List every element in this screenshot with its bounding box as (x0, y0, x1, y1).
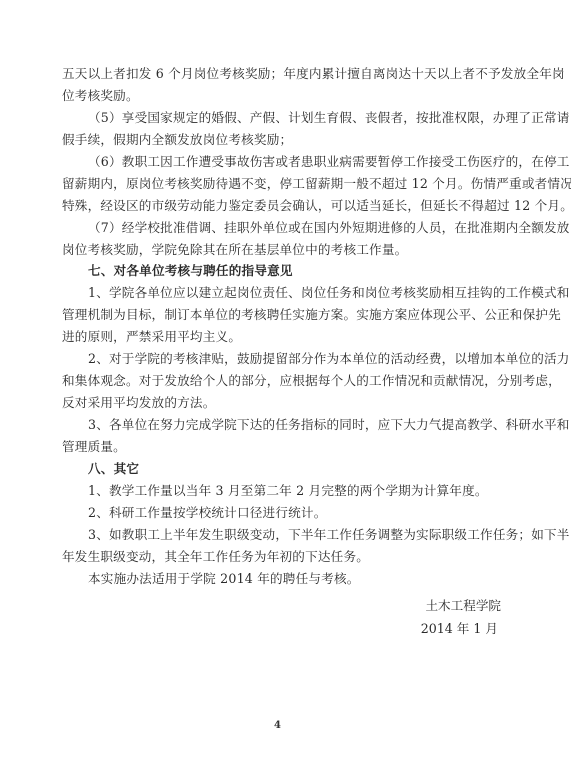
section-heading: 八、其它 (62, 458, 502, 480)
text-line: 进的原则，严禁采用平均主义。 (62, 326, 502, 348)
text-line: 3、如教职工上半年发生职级变动，下半年工作任务调整为实际职级工作任务；如下半 (62, 524, 502, 546)
text-line: 管理机制为目标，制订本单位的考核聘任实施方案。实施方案应体现公平、公正和保护先 (62, 304, 502, 326)
text-line: 年发生职级变动，其全年工作任务为年初的下达任务。 (62, 546, 502, 568)
text-line: 特殊，经设区的市级劳动能力鉴定委员会确认，可以适当延长，但延长不得超过 12 个… (62, 195, 502, 217)
page-number: 4 (274, 720, 281, 731)
text-line: 岗位考核奖励，学院免除其在所在基层单位中的考核工作量。 (62, 239, 502, 261)
section-heading: 七、对各单位考核与聘任的指导意见 (62, 260, 502, 282)
text-line: 五天以上者扣发 6 个月岗位考核奖励；年度内累计擅自离岗达十天以上者不予发放全年… (62, 63, 502, 85)
signature-organization: 土木工程学院 (425, 595, 501, 614)
text-line: 1、学院各单位应以建立起岗位责任、岗位任务和岗位考核奖励相互挂钩的工作模式和 (62, 282, 502, 304)
document-page: 五天以上者扣发 6 个月岗位考核奖励；年度内累计擅自离岗达十天以上者不予发放全年… (0, 0, 571, 783)
text-line: （7）经学校批准借调、挂职外单位或在国内外短期进修的人员，在批准期内全额发放 (62, 217, 502, 239)
signature-date: 2014 年 1 月 (421, 618, 498, 637)
document-body: 五天以上者扣发 6 个月岗位考核奖励；年度内累计擅自离岗达十天以上者不予发放全年… (62, 63, 502, 590)
text-line: 留薪期内，原岗位考核奖励待遇不变，停工留薪期一般不超过 12 个月。伤情严重或者… (62, 173, 502, 195)
text-line: （5）享受国家规定的婚假、产假、计划生育假、丧假者，按批准权限，办理了正常请 (62, 107, 502, 129)
text-line: 管理质量。 (62, 436, 502, 458)
text-line: 反对采用平均发放的方法。 (62, 392, 502, 414)
text-line: 和集体观念。对于发放给个人的部分，应根据每个人的工作情况和贡献情况，分别考虑， (62, 370, 502, 392)
text-line: 2、对于学院的考核津贴，鼓励提留部分作为本单位的活动经费，以增加本单位的活力 (62, 348, 502, 370)
text-line: 1、教学工作量以当年 3 月至第二年 2 月完整的两个学期为计算年度。 (62, 480, 502, 502)
text-line: 本实施办法适用于学院 2014 年的聘任与考核。 (62, 568, 502, 590)
text-line: （6）教职工因工作遭受事故伤害或者患职业病需要暂停工作接受工伤医疗的，在停工 (62, 151, 502, 173)
text-line: 位考核奖励。 (62, 85, 502, 107)
text-line: 2、科研工作量按学校统计口径进行统计。 (62, 502, 502, 524)
text-line: 假手续，假期内全额发放岗位考核奖励； (62, 129, 502, 151)
text-line: 3、各单位在努力完成学院下达的任务指标的同时，应下大力气提高教学、科研水平和 (62, 414, 502, 436)
